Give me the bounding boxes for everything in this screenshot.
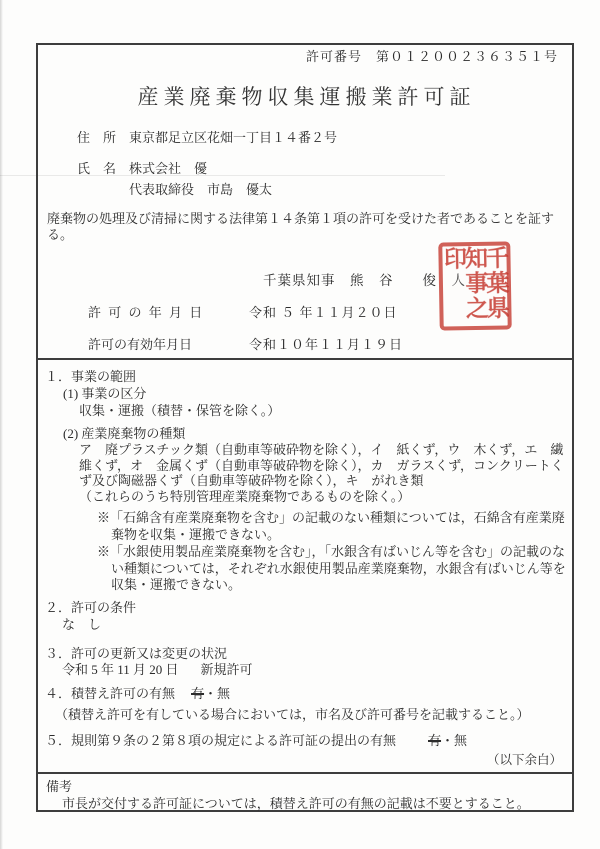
official-red-seal: 千葉県知事之印 (438, 241, 512, 330)
section1-sub1-heading: (1) 事業の区分 (63, 386, 146, 402)
choice-separator: ・ (441, 733, 454, 748)
remarks-label: 備考 (46, 779, 72, 795)
remarks-body: 市長が交付する許可証については，積替え許可の有無の記載は不要とすること。 (62, 796, 530, 812)
holder-representative: 代表取締役 市島 優太 (129, 182, 272, 198)
section3-body: 令和 5 年 11 月 20 日新規許可 (62, 662, 253, 678)
section-divider-remarks (36, 772, 574, 774)
choice-yes-struck: 有 (191, 686, 204, 701)
granted-date-label: 許 可 の 年 月 日 (88, 305, 204, 321)
section5-line: ５．規則第９条の２第８項の規定による許可証の提出の有無有・無 (45, 733, 467, 749)
section1-sub2-heading: (2) 産業廃棄物の種類 (63, 426, 185, 442)
scanned-permit-document: 許可番号 第０１２００２３６３５１号 産業廃棄物収集運搬業許可証 住 所 東京都… (0, 0, 600, 849)
section-divider-top (36, 358, 574, 360)
section3-title: ３．許可の更新又は変更の状況 (45, 646, 227, 662)
choice-no: 無 (217, 686, 230, 701)
permit-number: 許可番号 第０１２００２３６３５１号 (306, 49, 558, 65)
section2-body: な し (62, 617, 101, 633)
choice-yes-struck: 有 (428, 733, 441, 748)
asbestos-remark: ※「石綿含有産業廃棄物を含む」の記載のない種類については，石綿含有産業廃棄物を収… (97, 510, 575, 543)
section5-title: ５．規則第９条の２第８項の規定による許可証の提出の有無 (45, 733, 396, 748)
holder-address: 住 所 東京都足立区花畑一丁目１４番２号 (77, 130, 337, 146)
choice-separator: ・ (204, 686, 217, 701)
waste-types-paragraph: ア 廃プラスチック類（自動車等破砕物を除く），イ 紙くず，ウ 木くず，エ 繊維く… (79, 442, 565, 489)
renewal-status: 新規許可 (201, 662, 253, 677)
scan-edge-shadow (0, 0, 3, 849)
document-title: 産業廃棄物収集運搬業許可証 (37, 84, 571, 110)
granted-date-value: 令和 ５ 年１１月２０日 (249, 305, 398, 321)
waste-types-exclusion-note: （これらのうち特別管理産業廃棄物であるものを除く。） (79, 489, 410, 505)
section1-sub1-body: 収集・運搬（積替・保管を除く。） (79, 403, 280, 419)
mercury-remark: ※「水銀使用製品産業廃棄物を含む」，「水銀含有ばいじん等を含む」の記載のない種類… (97, 544, 575, 594)
valid-date-label: 許可の有効年月日 (88, 337, 192, 353)
seal-text: 千葉県知事之印 (443, 245, 507, 326)
renewal-date: 令和 5 年 11 月 20 日 (62, 662, 179, 677)
section4-line: ４．積替え許可の有無有・無 (45, 686, 230, 702)
section4-title: ４．積替え許可の有無 (45, 686, 175, 701)
blank-below-note: （以下余白） (487, 753, 562, 769)
section1-title: １．事業の範囲 (45, 369, 136, 385)
section2-title: ２．許可の条件 (45, 600, 136, 616)
section4-note: （積替え許可を有している場合においては，市名及び許可番号を記載すること。） (55, 707, 530, 723)
holder-name: 氏 名 株式会社 優 (77, 161, 207, 177)
choice-no: 無 (454, 733, 467, 748)
certification-statement: 廃棄物の処理及び清掃に関する法律第１４条第１項の許可を受けた者であることを証する… (47, 211, 557, 244)
governor-name: 千葉県知事 熊 谷 俊 人 (263, 273, 466, 290)
valid-date-value: 令和１０年１１月１９日 (249, 337, 403, 353)
transfer-permit-choice: 有・無 (191, 686, 230, 701)
submission-choice: 有・無 (428, 733, 467, 748)
